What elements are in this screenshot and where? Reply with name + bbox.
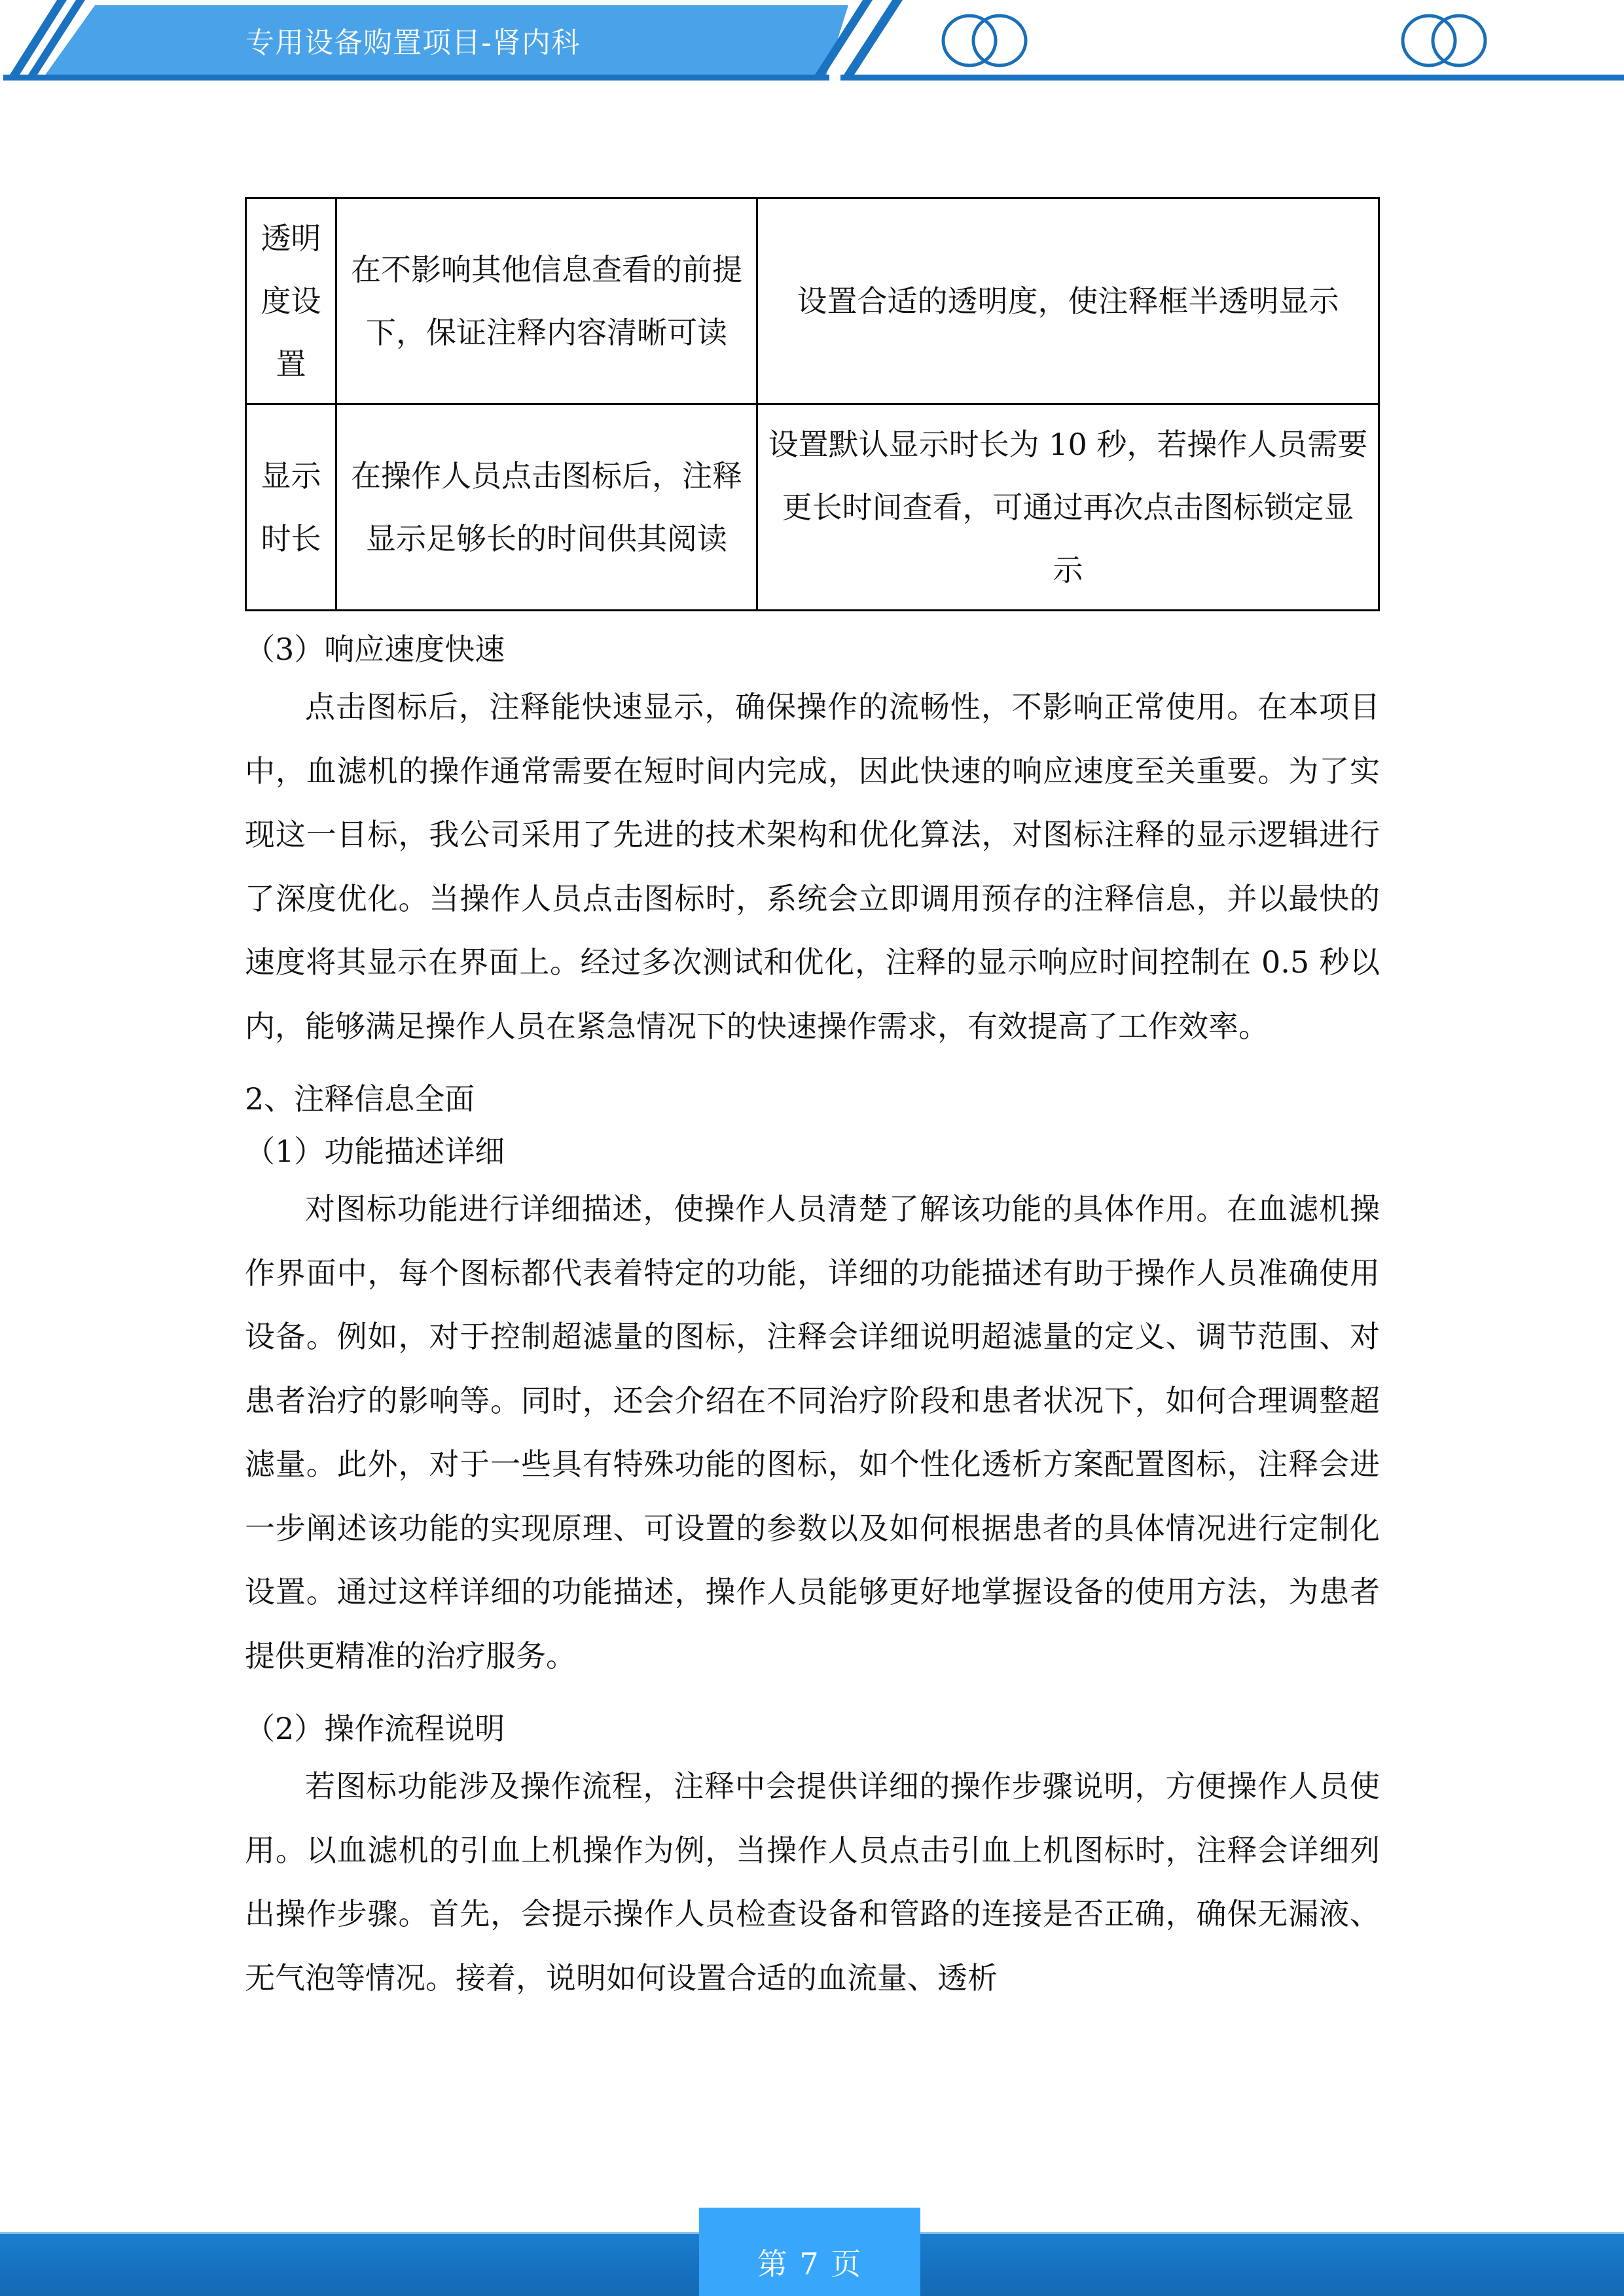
table-cell-label: 透明度设置: [246, 198, 336, 404]
paragraph-function-description: 对图标功能进行详细描述，使操作人员清楚了解该功能的具体作用。在血滤机操作界面中，…: [245, 1177, 1380, 1688]
paragraph-response-speed: 点击图标后，注释能快速显示，确保操作的流畅性，不影响正常使用。在本项目中，血滤机…: [245, 675, 1380, 1058]
table-cell-solution: 设置合适的透明度，使注释框半透明显示: [757, 198, 1379, 404]
table-cell-solution: 设置默认显示时长为 10 秒，若操作人员需要更长时间查看，可通过再次点击图标锁定…: [757, 404, 1379, 611]
paragraph-operation-flow: 若图标功能涉及操作流程，注释中会提供详细的操作步骤说明，方便操作人员使用。以血滤…: [245, 1755, 1380, 2010]
interlocking-rings-icon: [929, 13, 1047, 72]
table-cell-requirement: 在不影响其他信息查看的前提下，保证注释内容清晰可读: [336, 198, 757, 404]
interlocking-rings-icon: [1389, 13, 1507, 72]
page-header: 专用设备购置项目-肾内科: [0, 0, 1624, 85]
section-heading-function-description: （1）功能描述详细: [245, 1125, 1380, 1177]
section-heading-annotation-info: 2、注释信息全面: [245, 1073, 1380, 1125]
document-body: （3）响应速度快速 点击图标后，注释能快速显示，确保操作的流畅性，不影响正常使用…: [245, 623, 1380, 2010]
spec-table: 透明度设置 在不影响其他信息查看的前提下，保证注释内容清晰可读 设置合适的透明度…: [245, 197, 1380, 611]
table-cell-requirement: 在操作人员点击图标后，注释显示足够长的时间供其阅读: [336, 404, 757, 611]
header-decoration: [0, 0, 1624, 85]
page-number: 第 7 页: [757, 2240, 863, 2284]
section-heading-operation-flow: （2）操作流程说明: [245, 1702, 1380, 1755]
section-heading-response-speed: （3）响应速度快速: [245, 623, 1380, 675]
page-number-tab: 第 7 页: [699, 2208, 920, 2296]
header-title: 专用设备购置项目-肾内科: [245, 24, 581, 63]
table-cell-label: 显示时长: [246, 404, 336, 611]
table-row: 透明度设置 在不影响其他信息查看的前提下，保证注释内容清晰可读 设置合适的透明度…: [246, 198, 1379, 404]
table-row: 显示时长 在操作人员点击图标后，注释显示足够长的时间供其阅读 设置默认显示时长为…: [246, 404, 1379, 611]
